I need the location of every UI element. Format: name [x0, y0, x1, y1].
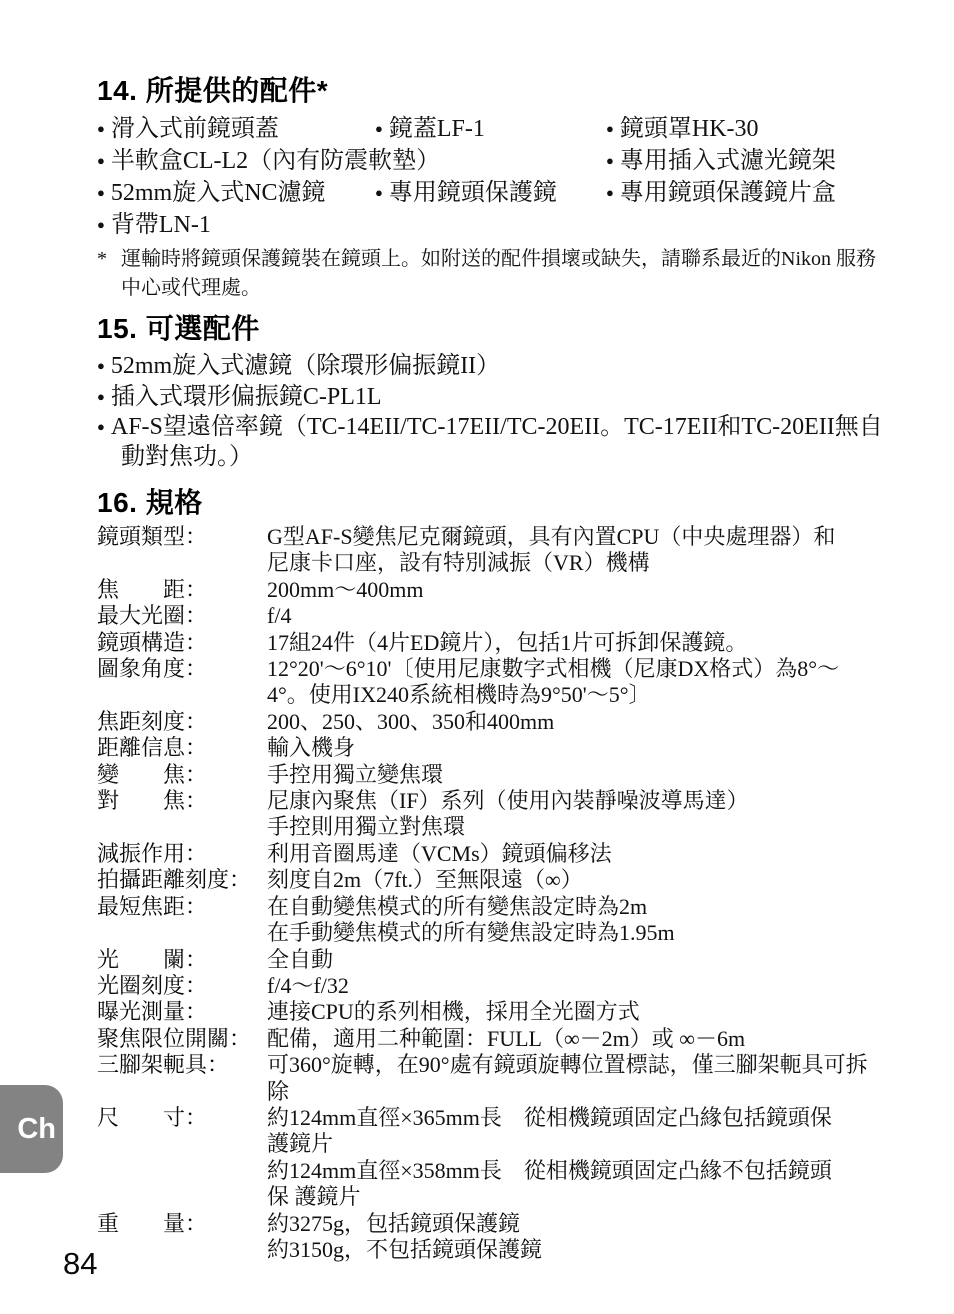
spec-row: 鏡頭類型： G型AF-S變焦尼克爾鏡頭，具有內置CPU（中央處理器）和 尼康卡口… — [97, 524, 883, 577]
spec-value: 可360°旋轉，在90°處有鏡頭旋轉位置標誌，僅三腳架軛具可拆除 — [267, 1052, 883, 1105]
spec-row: 重 量： 約3275g，包括鏡頭保護鏡 約3150g，不包括鏡頭保護鏡 — [97, 1211, 883, 1264]
list-item: 鏡蓋LF-1 — [375, 113, 606, 145]
spec-label: 曝光測量： — [97, 999, 267, 1025]
spec-row: 聚焦限位開關： 配備，適用二种範圍：FULL（∞－2m）或 ∞－6m — [97, 1026, 883, 1052]
spec-label: 焦距刻度： — [97, 709, 267, 735]
spec-value: 連接CPU的系列相機，採用全光圈方式 — [267, 999, 883, 1025]
list-item: 鏡頭罩HK-30 — [606, 113, 883, 145]
spec-row: 鏡頭構造： 17組24件（4片ED鏡片），包括1片可拆卸保護鏡。 — [97, 630, 883, 656]
list-item: 專用插入式濾光鏡架 — [606, 145, 883, 177]
spec-label: 拍攝距離刻度： — [97, 867, 267, 893]
specifications-table: 鏡頭類型： G型AF-S變焦尼克爾鏡頭，具有內置CPU（中央處理器）和 尼康卡口… — [97, 524, 883, 1263]
spec-label: 光圈刻度： — [97, 973, 267, 999]
spec-value: 全自動 — [267, 947, 883, 973]
spec-label: 聚焦限位開關： — [97, 1026, 267, 1052]
spec-label: 三腳架軛具： — [97, 1052, 267, 1078]
spec-value: 200、250、300、350和400mm — [267, 709, 883, 735]
footnote-text: 運輸時將鏡頭保護鏡裝在鏡頭上。如附送的配件損壞或缺失，請聯系最近的Nikon 服… — [121, 245, 883, 303]
spec-row: 光 闌： 全自動 — [97, 947, 883, 973]
spec-row: 尺 寸： 約124mm直徑×365mm長 從相機鏡頭固定凸緣包括鏡頭保 護鏡片 … — [97, 1105, 883, 1211]
spec-value: 輸入機身 — [267, 735, 883, 761]
page-number: 84 — [63, 1246, 97, 1282]
spec-row: 距離信息： 輸入機身 — [97, 735, 883, 761]
spec-value: 在自動變焦模式的所有變焦設定時為2m 在手動變焦模式的所有變焦設定時為1.95m — [267, 894, 883, 947]
spec-value: 約124mm直徑×365mm長 從相機鏡頭固定凸緣包括鏡頭保 護鏡片 約124m… — [267, 1105, 883, 1211]
supplied-accessories-list: 滑入式前鏡頭蓋 鏡蓋LF-1 鏡頭罩HK-30 半軟盒CL-L2（內有防震軟墊）… — [97, 113, 883, 241]
spec-label: 距離信息： — [97, 735, 267, 761]
spec-row: 拍攝距離刻度： 刻度自2m（7ft.）至無限遠（∞） — [97, 867, 883, 893]
spec-label: 減振作用： — [97, 841, 267, 867]
spec-value: 約3275g，包括鏡頭保護鏡 約3150g，不包括鏡頭保護鏡 — [267, 1211, 883, 1264]
optional-accessories-list: 52mm旋入式濾鏡（除環形偏振鏡II） 插入式環形偏振鏡C-PL1L AF-S望… — [97, 351, 883, 472]
spec-label: 最短焦距： — [97, 894, 267, 920]
list-item: AF-S望遠倍率鏡（TC-14EII/TC-17EII/TC-20EII。TC-… — [97, 412, 883, 472]
spec-value: 17組24件（4片ED鏡片），包括1片可拆卸保護鏡。 — [267, 630, 883, 656]
spec-row: 焦 距： 200mm～400mm — [97, 577, 883, 603]
spec-value: 手控用獨立變焦環 — [267, 762, 883, 788]
spec-row: 減振作用： 利用音圈馬達（VCMs）鏡頭偏移法 — [97, 841, 883, 867]
spec-row: 焦距刻度： 200、250、300、350和400mm — [97, 709, 883, 735]
list-item: 背帶LN-1 — [97, 209, 375, 241]
list-item: 專用鏡頭保護鏡 — [375, 177, 606, 209]
spec-row: 三腳架軛具： 可360°旋轉，在90°處有鏡頭旋轉位置標誌，僅三腳架軛具可拆除 — [97, 1052, 883, 1105]
spec-value: 利用音圈馬達（VCMs）鏡頭偏移法 — [267, 841, 883, 867]
spec-row: 光圈刻度： f/4～f/32 — [97, 973, 883, 999]
spec-label: 變 焦： — [97, 762, 267, 788]
spec-row: 曝光測量： 連接CPU的系列相機，採用全光圈方式 — [97, 999, 883, 1025]
spec-label: 光 闌： — [97, 947, 267, 973]
language-tab-label: Ch — [17, 1113, 56, 1146]
spec-row: 最大光圈： f/4 — [97, 603, 883, 629]
spec-label: 鏡頭類型： — [97, 524, 267, 550]
list-item: 52mm旋入式濾鏡（除環形偏振鏡II） — [97, 351, 883, 382]
spec-value: f/4 — [267, 603, 883, 629]
spec-label: 焦 距： — [97, 577, 267, 603]
section-16-heading: 16. 規格 — [97, 486, 883, 520]
spec-value: 配備，適用二种範圍：FULL（∞－2m）或 ∞－6m — [267, 1026, 883, 1052]
spec-label: 對 焦： — [97, 788, 267, 814]
footnote: * 運輸時將鏡頭保護鏡裝在鏡頭上。如附送的配件損壞或缺失，請聯系最近的Nikon… — [97, 245, 883, 303]
spec-value: 尼康內聚焦（IF）系列（使用內裝靜噪波導馬達） 手控則用獨立對焦環 — [267, 788, 883, 841]
spec-row: 最短焦距： 在自動變焦模式的所有變焦設定時為2m 在手動變焦模式的所有變焦設定時… — [97, 894, 883, 947]
list-item: 專用鏡頭保護鏡片盒 — [606, 177, 883, 209]
footnote-marker: * — [97, 245, 121, 303]
spec-row: 圖象角度： 12°20'～6°10'〔使用尼康數字式相機（尼康DX格式）為8°～… — [97, 656, 883, 709]
spec-value: f/4～f/32 — [267, 973, 883, 999]
spec-row: 變 焦： 手控用獨立變焦環 — [97, 762, 883, 788]
spec-label: 鏡頭構造： — [97, 630, 267, 656]
section-14-heading: 14. 所提供的配件* — [97, 74, 883, 108]
spec-label: 最大光圈： — [97, 603, 267, 629]
spec-label: 圖象角度： — [97, 656, 267, 682]
spec-value: 12°20'～6°10'〔使用尼康數字式相機（尼康DX格式）為8°～ 4°。使用… — [267, 656, 883, 709]
section-15-heading: 15. 可選配件 — [97, 312, 883, 346]
manual-page: 14. 所提供的配件* 滑入式前鏡頭蓋 鏡蓋LF-1 鏡頭罩HK-30 半軟盒C… — [0, 0, 954, 1314]
spec-row: 對 焦： 尼康內聚焦（IF）系列（使用內裝靜噪波導馬達） 手控則用獨立對焦環 — [97, 788, 883, 841]
list-item: 半軟盒CL-L2（內有防震軟墊） — [97, 145, 606, 177]
list-item: 插入式環形偏振鏡C-PL1L — [97, 382, 883, 413]
spec-value: 刻度自2m（7ft.）至無限遠（∞） — [267, 867, 883, 893]
page-content: 14. 所提供的配件* 滑入式前鏡頭蓋 鏡蓋LF-1 鏡頭罩HK-30 半軟盒C… — [97, 74, 883, 1263]
spec-value: G型AF-S變焦尼克爾鏡頭，具有內置CPU（中央處理器）和 尼康卡口座，設有特別… — [267, 524, 883, 577]
spec-label: 重 量： — [97, 1211, 267, 1237]
list-item: 滑入式前鏡頭蓋 — [97, 113, 375, 145]
language-tab-ch: Ch — [0, 1085, 63, 1173]
spec-value: 200mm～400mm — [267, 577, 883, 603]
list-item: 52mm旋入式NC濾鏡 — [97, 177, 375, 209]
spec-label: 尺 寸： — [97, 1105, 267, 1131]
